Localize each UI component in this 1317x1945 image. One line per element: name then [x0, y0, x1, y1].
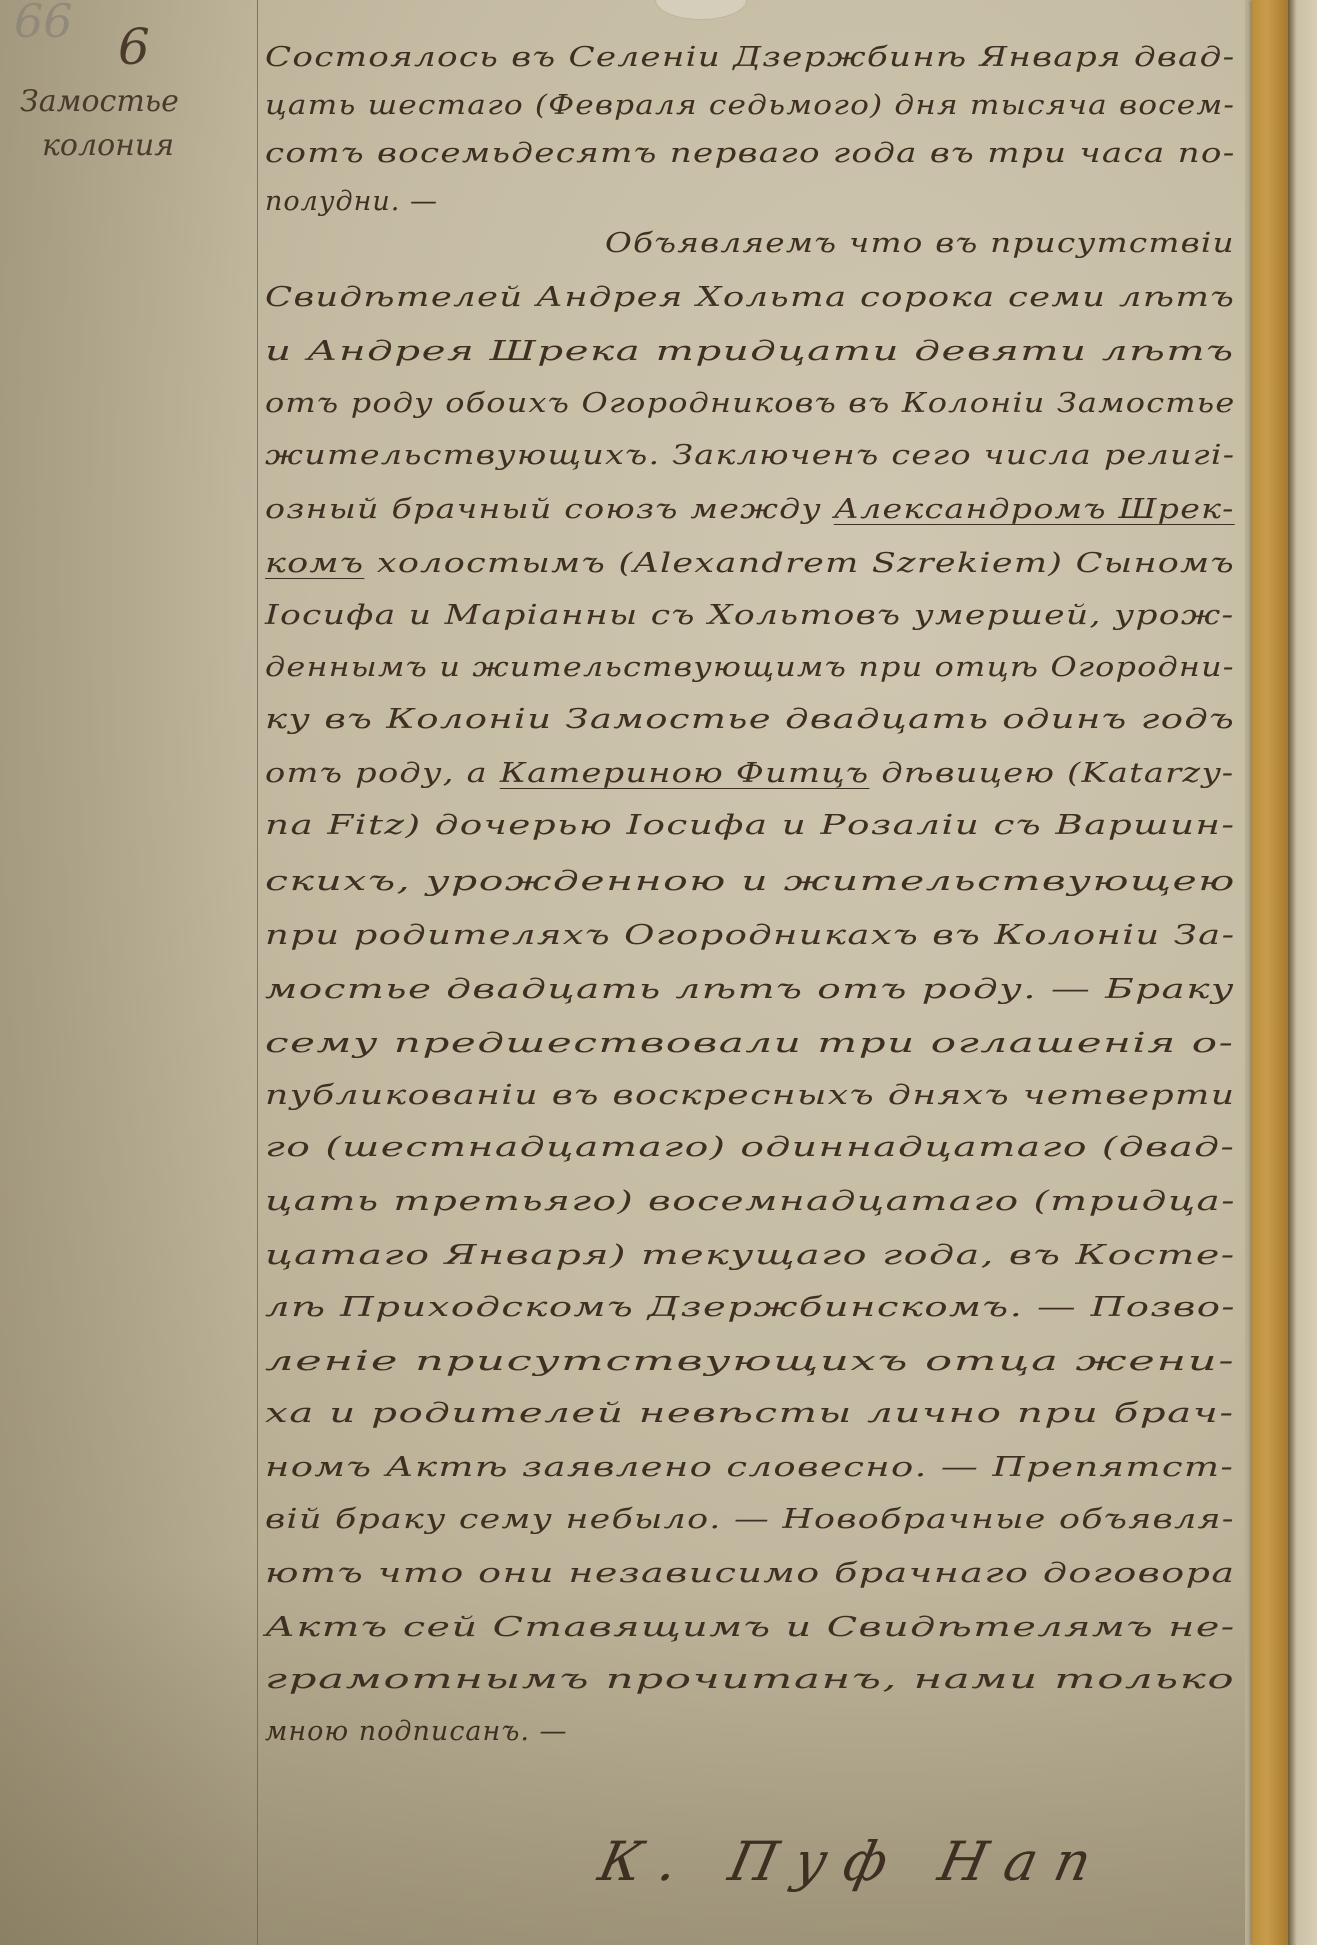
- text-line: Объявляемъ что въ присутствіи: [605, 228, 1235, 259]
- underlined-name: комъ: [265, 548, 364, 579]
- text-line: публикованіи въ воскресныхъ дняхъ четвер…: [265, 1080, 1235, 1111]
- text-line: сотъ восемьдесятъ перваго года въ три ча…: [265, 138, 1236, 169]
- record-number: 6: [118, 18, 150, 76]
- text-line: Іосифа и Маріанны съ Хольтовъ умершей, у…: [265, 600, 1234, 631]
- underlined-name: Александромъ Шрек-: [834, 494, 1235, 525]
- margin-rule: [257, 0, 258, 1945]
- text-line: и Андрея Шрека тридцати девяти лѣтъ: [265, 336, 1235, 367]
- text-line: комъ холостымъ (Alexandrem Szrekiem) Сын…: [265, 548, 1235, 579]
- text-line: грамотнымъ прочитанъ, нами только: [265, 1664, 1235, 1695]
- page-shadow: [0, 0, 260, 1945]
- text-line: Состоялось въ Селеніи Дзержбинѣ Января д…: [265, 42, 1235, 73]
- text-line: ха и родителей невѣсты лично при брач-: [265, 1398, 1235, 1429]
- text-line: скихъ, урожденною и жительствующею: [265, 866, 1236, 897]
- text-line: ютъ что они независимо брачнаго договора: [265, 1558, 1235, 1589]
- text-line: Актъ сей Ставящимъ и Свидѣтелямъ не-: [265, 1612, 1236, 1643]
- document-page: 66 6 Замостье колония Состоялось въ Селе…: [0, 0, 1245, 1945]
- officiant-signature: К. Пуф Нап: [593, 1830, 1114, 1893]
- pencil-folio-number: 66: [14, 0, 73, 48]
- text-line: ку въ Колоніи Замостье двадцать одинъ го…: [265, 704, 1235, 735]
- text-line: сему предшествовали три оглашенія о-: [265, 1028, 1234, 1059]
- text-line: леніе присутствующихъ отца жени-: [265, 1346, 1235, 1377]
- text-line: отъ роду обоихъ Огородниковъ въ Колоніи …: [265, 388, 1235, 419]
- text-line: при родителяхъ Огородникахъ въ Колоніи З…: [265, 920, 1235, 951]
- text-line: мною подписанъ. —: [265, 1716, 567, 1747]
- binding-strip: [1252, 0, 1288, 1945]
- text-line: вій браку сему небыло. — Новобрачные объ…: [265, 1504, 1235, 1535]
- underlined-name: Катериною Фитцъ: [500, 758, 870, 789]
- margin-place-type: колония: [42, 128, 174, 163]
- text-line: отъ роду, а Катериною Фитцъ дѣвицею (Kat…: [265, 758, 1234, 789]
- text-line: жительствующихъ. Заключенъ сего числа ре…: [265, 440, 1235, 471]
- text-line: цать третьяго) восемнадцатаго (тридца-: [265, 1186, 1236, 1217]
- paper-seal-mark: [655, 0, 747, 20]
- book-edge: [1288, 0, 1317, 1945]
- text-line: na Fitz) дочерью Іосифа и Розаліи съ Вар…: [265, 810, 1235, 841]
- margin-place-name: Замостье: [20, 84, 179, 119]
- text-line: лѣ Приходскомъ Дзержбинскомъ. — Позво-: [265, 1292, 1236, 1323]
- text-line: го (шестнадцатаго) одиннадцатаго (двад-: [265, 1132, 1235, 1163]
- text-line: Свидѣтелей Андрея Хольта сорока семи лѣт…: [265, 282, 1235, 313]
- text-line: номъ Актѣ заявлено словесно. — Препятст-: [265, 1452, 1234, 1483]
- text-line: цать шестаго (Февраля седьмого) дня тыся…: [265, 90, 1235, 121]
- text-line: озный брачный союзъ между Александромъ Ш…: [265, 494, 1235, 525]
- text-line: мостье двадцать лѣтъ отъ роду. — Браку: [265, 974, 1235, 1005]
- text-line: деннымъ и жительствующимъ при отцѣ Огоро…: [265, 652, 1235, 683]
- text-line: цатаго Января) текущаго года, въ Косте-: [265, 1240, 1236, 1271]
- text-line: полудни. —: [265, 186, 438, 217]
